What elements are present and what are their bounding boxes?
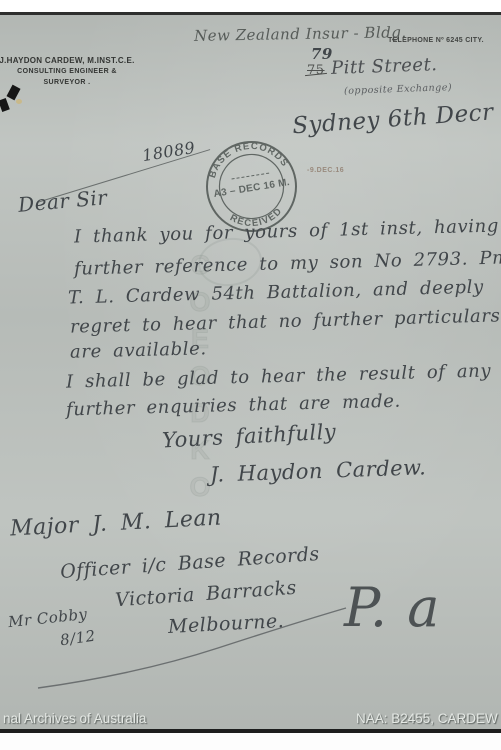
scan-bottom-margin [0,733,501,750]
small-date-stamp: -9.DEC.16 [307,167,344,174]
street-number-printed-struck: 75 [307,63,325,78]
street-name: Pitt Street. [331,54,438,79]
body-line-5: are available. [70,338,207,363]
letterhead-block: J.HAYDON CARDEW, M.INST.C.E. CONSULTING … [0,55,137,88]
handwritten-building: New Zealand Insur - Bldg. [194,23,407,45]
scanned-letter-page: J.HAYDON CARDEW, M.INST.C.E. CONSULTING … [0,0,501,750]
letterhead-title-line2: SURVEYOR . [0,78,137,89]
paper-speck [16,99,22,104]
archive-footer-right: NAA: B2455, CARDEW [356,711,498,726]
stamp-center-date: A3 – DEC 16 M. [213,177,291,200]
letterhead-name: J.HAYDON CARDEW, M.INST.C.E. [0,55,137,67]
scan-top-edge [0,12,501,15]
street-number-handwritten: 79 [311,45,333,63]
archive-footer-left: nal Archives of Australia [3,711,146,726]
approval-initials: P. a [344,576,440,639]
pencil-swoosh [28,598,350,696]
letterhead-title-line: CONSULTING ENGINEER & [0,67,137,78]
telephone-line: TELEPHONE Nº 6245 CITY. [388,37,484,44]
